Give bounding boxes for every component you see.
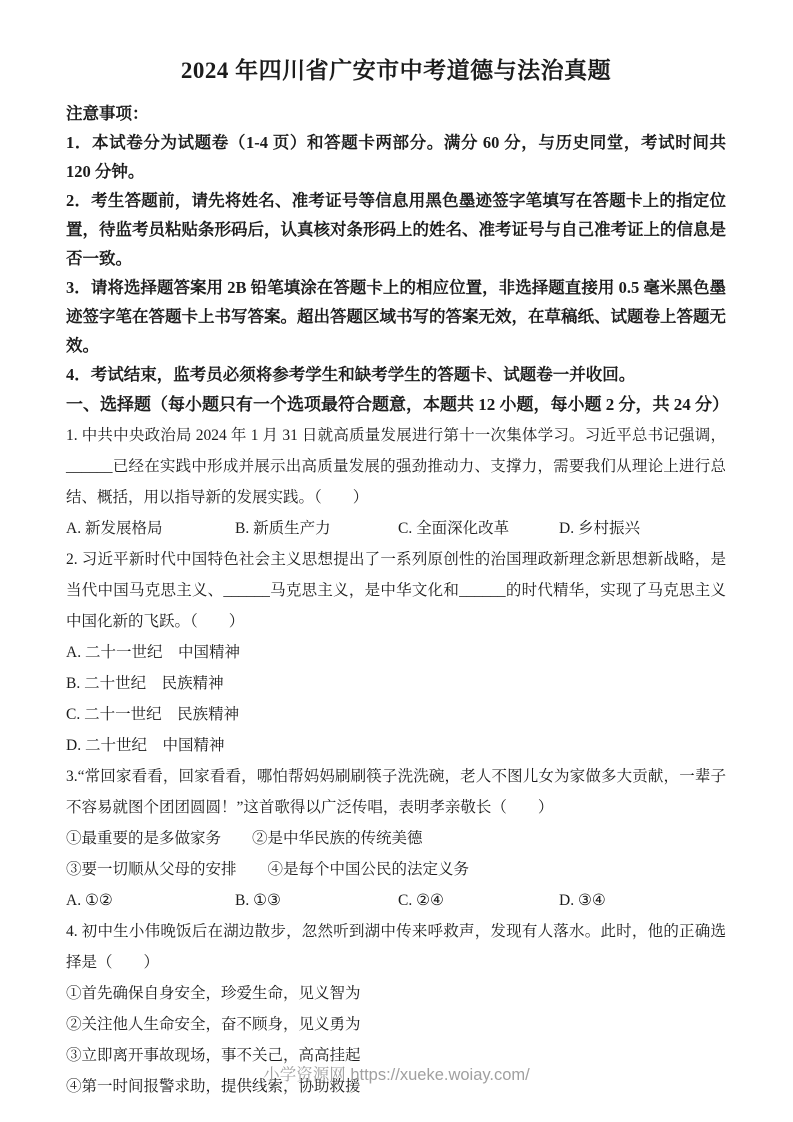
notice-item-4: 4．考试结束，监考员必须将参考学生和缺考学生的答题卡、试题卷一并收回。 <box>66 360 726 389</box>
section-heading: 一、选择题（每小题只有一个选项最符合题意，本题共 12 小题，每小题 2 分，共… <box>66 390 726 420</box>
question-2-option-b: B. 二十世纪 民族精神 <box>66 668 726 699</box>
question-1-option-c: C. 全面深化改革 <box>398 513 559 544</box>
question-2-stem: 2. 习近平新时代中国特色社会主义思想提出了一系列原创性的治国理政新理念新思想新… <box>66 544 726 637</box>
footer-watermark: 小学资源网 https://xueke.woiay.com/ <box>0 1064 793 1086</box>
question-3-stem: 3.“常回家看看，回家看看，哪怕帮妈妈刷刷筷子洗洗碗，老人不图儿女为家做多大贡献… <box>66 761 726 823</box>
question-1-stem: 1. 中共中央政治局 2024 年 1 月 31 日就高质量发展进行第十一次集体… <box>66 420 726 513</box>
question-2-option-c: C. 二十一世纪 民族精神 <box>66 699 726 730</box>
question-3-option-a: A. ①② <box>66 885 235 916</box>
question-4-statement-1: ①首先确保自身安全，珍爱生命，见义智为 <box>66 978 726 1009</box>
question-2: 2. 习近平新时代中国特色社会主义思想提出了一系列原创性的治国理政新理念新思想新… <box>66 544 726 761</box>
question-3-option-c: C. ②④ <box>398 885 559 916</box>
question-2-option-a: A. 二十一世纪 中国精神 <box>66 637 726 668</box>
question-1-option-a: A. 新发展格局 <box>66 513 235 544</box>
question-3-option-b: B. ①③ <box>235 885 398 916</box>
questions-area: 1. 中共中央政治局 2024 年 1 月 31 日就高质量发展进行第十一次集体… <box>66 420 726 1102</box>
question-3-statements-3-4: ③要一切顺从父母的安排 ④是每个中国公民的法定义务 <box>66 854 726 885</box>
question-4-stem: 4. 初中生小伟晚饭后在湖边散步，忽然听到湖中传来呼救声，发现有人落水。此时，他… <box>66 916 726 978</box>
question-1-option-b: B. 新质生产力 <box>235 513 398 544</box>
notice-heading: 注意事项： <box>66 99 726 128</box>
question-3: 3.“常回家看看，回家看看，哪怕帮妈妈刷刷筷子洗洗碗，老人不图儿女为家做多大贡献… <box>66 761 726 916</box>
footer-text: 小学资源网 https://xueke.woiay.com/ <box>263 1066 530 1084</box>
notice-item-1: 1．本试卷分为试题卷（1-4 页）和答题卡两部分。满分 60 分，与历史同堂，考… <box>66 128 726 186</box>
notice-item-2: 2．考生答题前，请先将姓名、准考证号等信息用黑色墨迹签字笔填写在答题卡上的指定位… <box>66 186 726 273</box>
question-3-options: A. ①② B. ①③ C. ②④ D. ③④ <box>66 885 726 916</box>
notice-item-3: 3．请将选择题答案用 2B 铅笔填涂在答题卡上的相应位置，非选择题直接用 0.5… <box>66 273 726 360</box>
page-title: 2024 年四川省广安市中考道德与法治真题 <box>66 56 726 86</box>
question-2-option-d: D. 二十世纪 中国精神 <box>66 730 726 761</box>
question-1: 1. 中共中央政治局 2024 年 1 月 31 日就高质量发展进行第十一次集体… <box>66 420 726 544</box>
notice-section: 注意事项： 1．本试卷分为试题卷（1-4 页）和答题卡两部分。满分 60 分，与… <box>66 99 726 389</box>
question-1-option-d: D. 乡村振兴 <box>559 513 726 544</box>
question-3-statements-1-2: ①最重要的是多做家务 ②是中华民族的传统美德 <box>66 823 726 854</box>
question-4-statement-2: ②关注他人生命安全，奋不顾身，见义勇为 <box>66 1009 726 1040</box>
question-1-options: A. 新发展格局 B. 新质生产力 C. 全面深化改革 D. 乡村振兴 <box>66 513 726 544</box>
question-3-option-d: D. ③④ <box>559 885 726 916</box>
exam-page: 2024 年四川省广安市中考道德与法治真题 注意事项： 1．本试卷分为试题卷（1… <box>0 0 793 1122</box>
